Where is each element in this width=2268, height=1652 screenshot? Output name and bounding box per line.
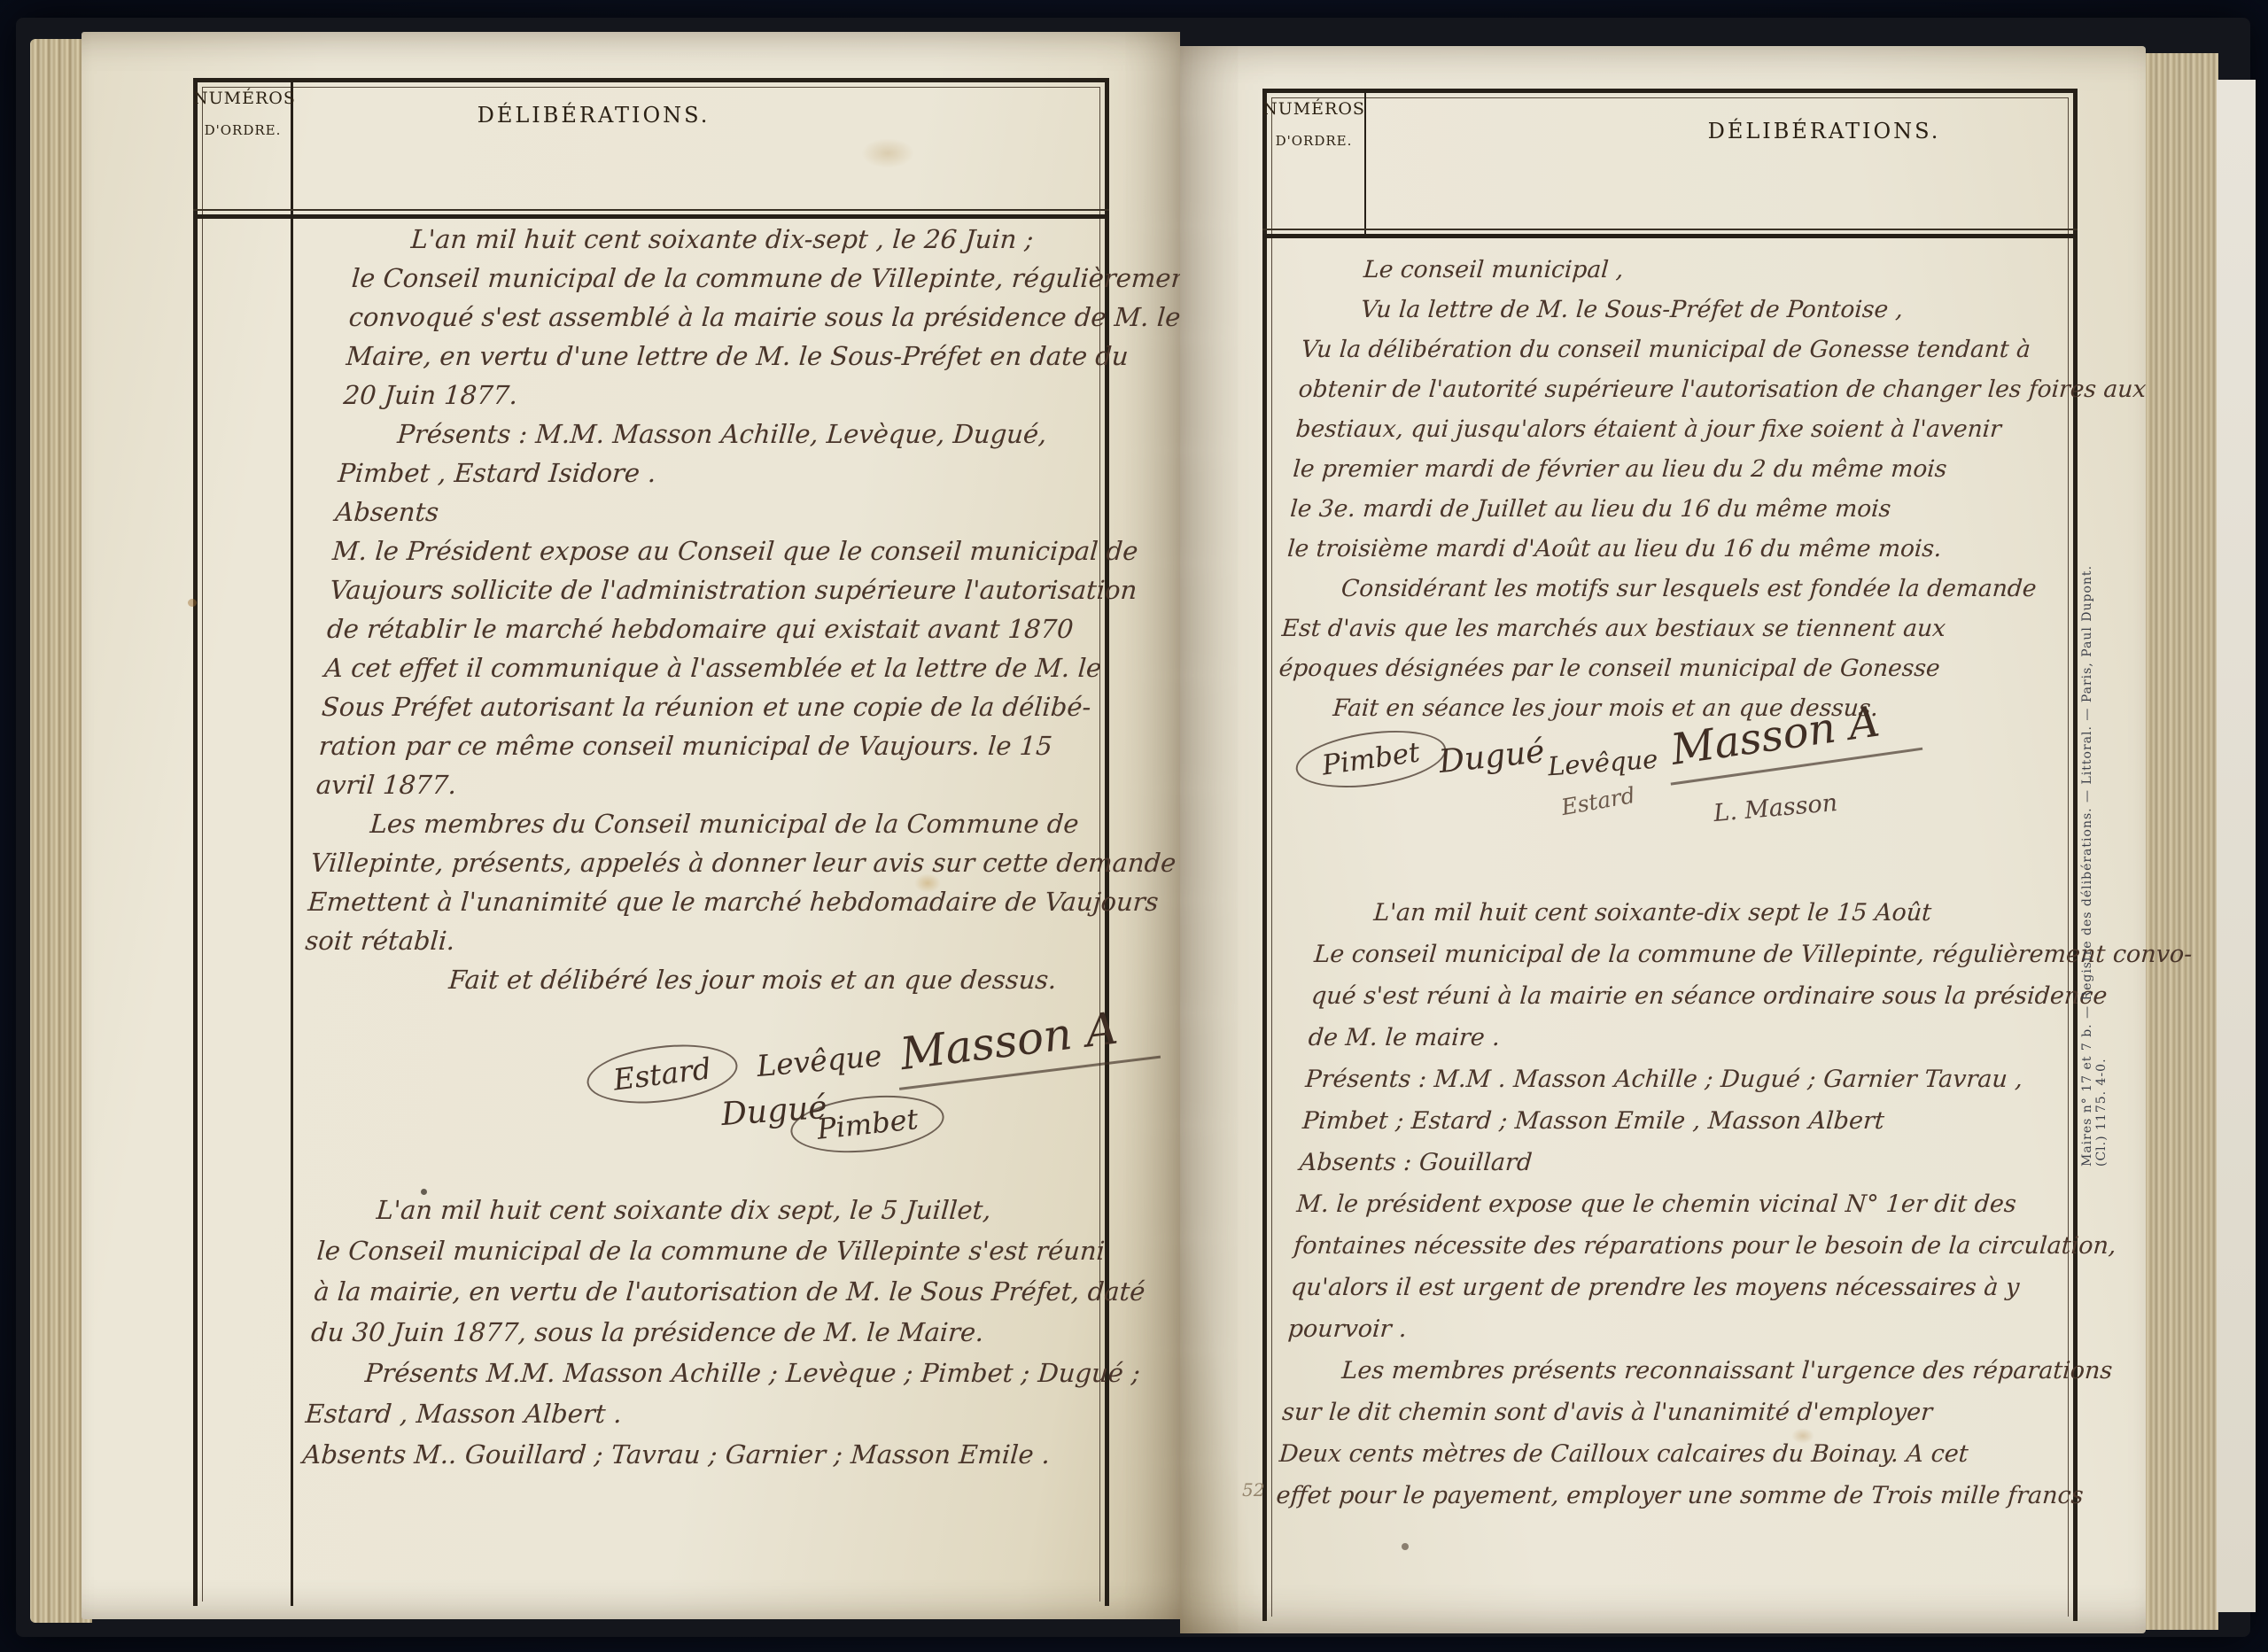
manuscript-line: L'an mil huit cent soixante-dix sept le …	[1316, 892, 2120, 934]
manuscript-line: Absents M.. Gouillard ; Tavrau ; Garnier…	[301, 1434, 1112, 1475]
register-book-spread: NUMÉROS D'ORDRE. DÉLIBÉRATIONS. L'an mil…	[0, 0, 2268, 1652]
manuscript-line: le premier mardi de février au lieu du 2…	[1292, 449, 2096, 489]
manuscript-line: de rétablir le marché hebdomaire qui exi…	[326, 609, 1137, 648]
manuscript-line: le Conseil municipal de la commune de Vi…	[315, 1230, 1126, 1271]
page-stack-edge-right	[2142, 53, 2218, 1630]
manuscript-line: pourvoir .	[1286, 1308, 2091, 1350]
manuscript-line: Est d'avis que les marchés aux bestiaux …	[1280, 609, 2085, 648]
order-number-column-header: NUMÉROS D'ORDRE.	[1262, 99, 1365, 149]
manuscript-line: soit rétabli.	[304, 921, 1115, 960]
manuscript-line: Sous Préfet autorisant la réunion et une…	[321, 687, 1131, 726]
manuscript-line: ration par ce même conseil municipal de …	[317, 726, 1128, 765]
deliberation-entry: L'an mil huit cent soixante dix-sept , l…	[301, 220, 1164, 999]
manuscript-line: bestiaux, qui jusqu'alors étaient à jour…	[1294, 409, 2099, 449]
manuscript-line: fontaines nécessite des réparations pour…	[1293, 1225, 2097, 1267]
manuscript-line: L'an mil huit cent soixante dix-sept , l…	[353, 220, 1163, 259]
manuscript-line: Vaujours sollicite de l'administration s…	[329, 570, 1139, 609]
manuscript-line: à la mairie, en vertu de l'autorisation …	[313, 1271, 1123, 1312]
deliberations-header: DÉLIBÉRATIONS.	[1576, 119, 2072, 143]
manuscript-line: obtenir de l'autorité supérieure l'autor…	[1297, 369, 2101, 409]
manuscript-line: le 3e. mardi de Juillet au lieu du 16 du…	[1289, 489, 2093, 529]
deliberation-entry: Le conseil municipal ,Vu la lettre de M.…	[1275, 250, 2110, 728]
manuscript-line: du 30 Juin 1877, sous la présidence de M…	[310, 1312, 1121, 1353]
header-rule-thick	[193, 214, 1109, 219]
manuscript-line: Les membres présents reconnaissant l'urg…	[1284, 1350, 2088, 1392]
ordre-label: D'ORDRE.	[193, 122, 292, 138]
manuscript-line: M. le Président expose au Conseil que le…	[331, 531, 1142, 570]
manuscript-line: L'an mil huit cent soixante dix sept, le…	[318, 1190, 1129, 1230]
manuscript-line: Pimbet , Estard Isidore .	[337, 454, 1147, 492]
manuscript-line: sur le dit chemin sont d'avis à l'unanim…	[1281, 1392, 2085, 1433]
manuscript-line: A cet effet il communique à l'assemblée …	[323, 648, 1134, 687]
manuscript-text-right: Le conseil municipal ,Vu la lettre de M.…	[1275, 250, 2077, 1516]
manuscript-line: avril 1877.	[315, 765, 1125, 804]
manuscript-line: Considérant les motifs sur lesquels est …	[1283, 569, 2087, 609]
manuscript-line: effet pour le payement, employer une som…	[1275, 1475, 2079, 1516]
manuscript-line: qué s'est réuni à la mairie en séance or…	[1309, 975, 2114, 1017]
ordre-label: D'ORDRE.	[1262, 133, 1365, 149]
manuscript-line: époques désignées par le conseil municip…	[1278, 648, 2082, 688]
manuscript-line: Présents : M.M . Masson Achille ; Dugué …	[1304, 1059, 2109, 1100]
manuscript-line: le Conseil municipal de la commune de Vi…	[350, 259, 1161, 298]
manuscript-line: M. le président expose que le chemin vic…	[1295, 1183, 2100, 1225]
numeros-label: NUMÉROS	[193, 89, 292, 108]
manuscript-line: Villepinte, présents, appelés à donner l…	[309, 843, 1120, 882]
manuscript-line: Estard , Masson Albert .	[304, 1393, 1115, 1434]
order-number-column-header: NUMÉROS D'ORDRE.	[193, 89, 292, 138]
deliberations-header: DÉLIBÉRATIONS.	[346, 103, 842, 128]
manuscript-line: de M. le maire .	[1307, 1017, 2111, 1059]
manuscript-text-left: L'an mil huit cent soixante dix-sept , l…	[301, 220, 1109, 1475]
deliberation-entry: L'an mil huit cent soixante-dix sept le …	[1275, 892, 2120, 1516]
manuscript-line: convoqué s'est assemblé à la mairie sous…	[347, 298, 1158, 337]
manuscript-line: Le conseil municipal de la commune de Vi…	[1313, 934, 2117, 975]
manuscript-line: Absents : Gouillard	[1298, 1142, 2102, 1183]
order-column-rule	[291, 78, 293, 1606]
page-number-pencil: 52	[1242, 1479, 1264, 1501]
manuscript-line: Pimbet ; Estard ; Masson Emile , Masson …	[1301, 1100, 2106, 1142]
manuscript-line: Emettent à l'unanimité que le marché heb…	[307, 882, 1117, 921]
manuscript-line: Présents M.M. Masson Achille ; Levèque ;…	[307, 1353, 1117, 1393]
manuscript-line: Le conseil municipal ,	[1306, 250, 2110, 290]
manuscript-line: Deux cents mètres de Cailloux calcaires …	[1278, 1433, 2082, 1475]
manuscript-line: 20 Juin 1877.	[342, 376, 1153, 415]
manuscript-line: Vu la lettre de M. le Sous-Préfet de Pon…	[1302, 290, 2107, 330]
manuscript-line: Maire, en vertu d'une lettre de M. le So…	[345, 337, 1155, 376]
manuscript-line: Vu la délibération du conseil municipal …	[1300, 330, 2104, 369]
deliberation-entry: L'an mil huit cent soixante dix sept, le…	[301, 1190, 1130, 1475]
manuscript-line: Présents : M.M. Masson Achille, Levèque,…	[339, 415, 1150, 454]
header-rule-thin	[1262, 229, 2078, 230]
manuscript-line: le troisième mardi d'Août au lieu du 16 …	[1286, 529, 2091, 569]
manuscript-line: qu'alors il est urgent de prendre les mo…	[1289, 1267, 2093, 1308]
header-rule-thin	[193, 209, 1109, 211]
manuscript-line: Absents	[334, 492, 1145, 531]
left-page: NUMÉROS D'ORDRE. DÉLIBÉRATIONS. L'an mil…	[82, 32, 1180, 1619]
manuscript-line: Fait en séance les jour mois et an que d…	[1275, 688, 2079, 728]
numeros-label: NUMÉROS	[1262, 99, 1365, 119]
manuscript-line: Les membres du Conseil municipal de la C…	[312, 804, 1122, 843]
right-page: NUMÉROS D'ORDRE. DÉLIBÉRATIONS. Le conse…	[1180, 46, 2146, 1633]
loose-sheet-edge	[2217, 80, 2256, 1612]
header-rule-thick	[1262, 234, 2078, 238]
printer-imprint: Maires n° 17 et 7 b. — Registre des déli…	[2080, 529, 2109, 1167]
manuscript-line: Fait et délibéré les jour mois et an que…	[301, 960, 1112, 999]
